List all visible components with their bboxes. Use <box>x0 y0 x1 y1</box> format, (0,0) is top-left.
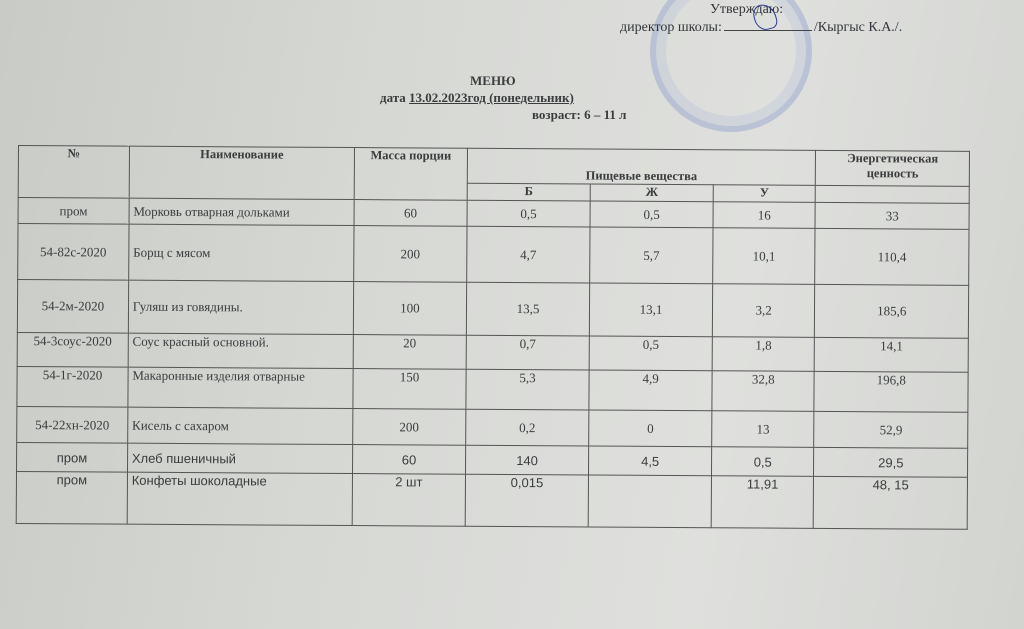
cell-energy: 185,6 <box>815 284 969 338</box>
cell-carbs: 32,8 <box>712 371 815 412</box>
signature <box>724 18 812 31</box>
cell-energy: 48, 15 <box>814 476 968 529</box>
menu-rows: промМорковь отварная дольками600,50,5163… <box>16 198 969 530</box>
cell-energy: 110,4 <box>815 228 969 285</box>
table-row: 54-3соус-2020Соус красный основной.200,7… <box>17 332 968 372</box>
cell-protein: 0,5 <box>467 200 591 227</box>
cell-carbs: 0,5 <box>711 447 814 477</box>
cell-protein: 4,7 <box>466 226 590 283</box>
cell-mass: 60 <box>354 200 467 227</box>
cell-mass: 2 шт <box>352 474 465 527</box>
cell-number: 54-3соус-2020 <box>17 332 128 367</box>
cell-mass: 150 <box>353 369 466 410</box>
cell-name: Кисель с сахаром <box>127 407 353 444</box>
cell-number: пром <box>16 471 127 524</box>
cell-name: Гуляш из говядины. <box>128 280 354 334</box>
director-label: директор школы: <box>620 20 722 35</box>
table-row: 54-22хн-2020Кисель с сахаром2000,201352,… <box>17 406 968 448</box>
cell-fat: 0,5 <box>589 336 712 371</box>
cell-fat <box>588 475 711 528</box>
cell-protein: 0,7 <box>466 335 590 370</box>
cell-mass: 20 <box>353 335 466 370</box>
col-name: Наименование <box>129 146 355 199</box>
cell-protein: 13,5 <box>466 282 590 336</box>
col-number: № <box>18 146 129 199</box>
cell-name: Морковь отварная дольками <box>129 198 354 225</box>
cell-fat: 0 <box>589 410 712 447</box>
cell-number: 54-22хн-2020 <box>17 406 128 443</box>
cell-carbs: 10,1 <box>713 228 816 285</box>
cell-number: 54-1г-2020 <box>17 366 128 407</box>
cell-fat: 5,7 <box>590 227 713 284</box>
document-title: МЕНЮ <box>470 73 516 89</box>
col-energy-empty <box>816 185 970 203</box>
director-line: директор школы:/Кыргыс К.А./. <box>620 18 902 36</box>
menu-table: № Наименование Масса порции Пищевые веще… <box>16 145 970 530</box>
cell-protein: 0,015 <box>465 474 589 527</box>
date-value: 13.02.2023год (понедельник) <box>409 90 574 105</box>
col-protein: Б <box>467 183 591 201</box>
cell-protein: 5,3 <box>466 369 590 410</box>
table-row: 54-1г-2020Макаронные изделия отварные150… <box>17 366 968 412</box>
cell-name: Соус красный основной. <box>128 333 354 368</box>
cell-number: пром <box>17 442 128 472</box>
cell-mass: 60 <box>353 445 466 475</box>
date-prefix: дата <box>380 90 409 105</box>
cell-carbs: 16 <box>713 202 816 229</box>
age-group: возраст: 6 – 11 л <box>532 107 626 123</box>
cell-energy: 52,9 <box>814 411 968 448</box>
cell-protein: 0,2 <box>465 409 589 446</box>
cell-fat: 4,9 <box>589 370 712 411</box>
col-nutrients: Пищевые вещества <box>467 148 816 185</box>
cell-energy: 14,1 <box>815 337 969 372</box>
cell-mass: 100 <box>353 282 466 336</box>
col-carbs: У <box>713 185 816 203</box>
cell-fat: 0,5 <box>590 201 713 228</box>
cell-fat: 13,1 <box>590 283 713 337</box>
table-row: 54-2м-2020Гуляш из говядины.10013,513,13… <box>17 280 968 339</box>
cell-name: Макаронные изделия отварные <box>128 367 354 408</box>
cell-name: Хлеб пшеничный <box>127 443 352 473</box>
table-row: 54-82с-2020Борщ с мясом2004,75,710,1110,… <box>18 224 969 286</box>
cell-protein: 140 <box>465 445 589 475</box>
cell-energy: 29,5 <box>814 447 968 477</box>
header-row: № Наименование Масса порции Пищевые веще… <box>18 146 969 187</box>
cell-mass: 200 <box>354 226 467 283</box>
cell-carbs: 3,2 <box>712 284 815 338</box>
cell-carbs: 1,8 <box>712 337 815 372</box>
cell-name: Конфеты шоколадные <box>127 472 353 525</box>
cell-number: 54-2м-2020 <box>17 280 128 334</box>
cell-mass: 200 <box>353 409 466 446</box>
menu-date: дата 13.02.2023год (понедельник) <box>380 90 574 106</box>
table-row: промКонфеты шоколадные2 шт0,01511,9148, … <box>16 471 967 529</box>
col-fat: Ж <box>590 184 713 202</box>
cell-name: Борщ с мясом <box>128 224 354 281</box>
director-name: /Кыргыс К.А./. <box>814 20 902 35</box>
cell-carbs: 11,91 <box>711 476 814 529</box>
cell-carbs: 13 <box>712 411 815 448</box>
cell-fat: 4,5 <box>589 446 712 476</box>
cell-energy: 196,8 <box>814 371 968 412</box>
cell-number: пром <box>18 198 129 225</box>
cell-number: 54-82с-2020 <box>18 224 129 281</box>
col-energy: Энергетическая ценность <box>816 150 970 186</box>
col-mass: Масса порции <box>354 148 467 201</box>
cell-energy: 33 <box>815 202 969 229</box>
